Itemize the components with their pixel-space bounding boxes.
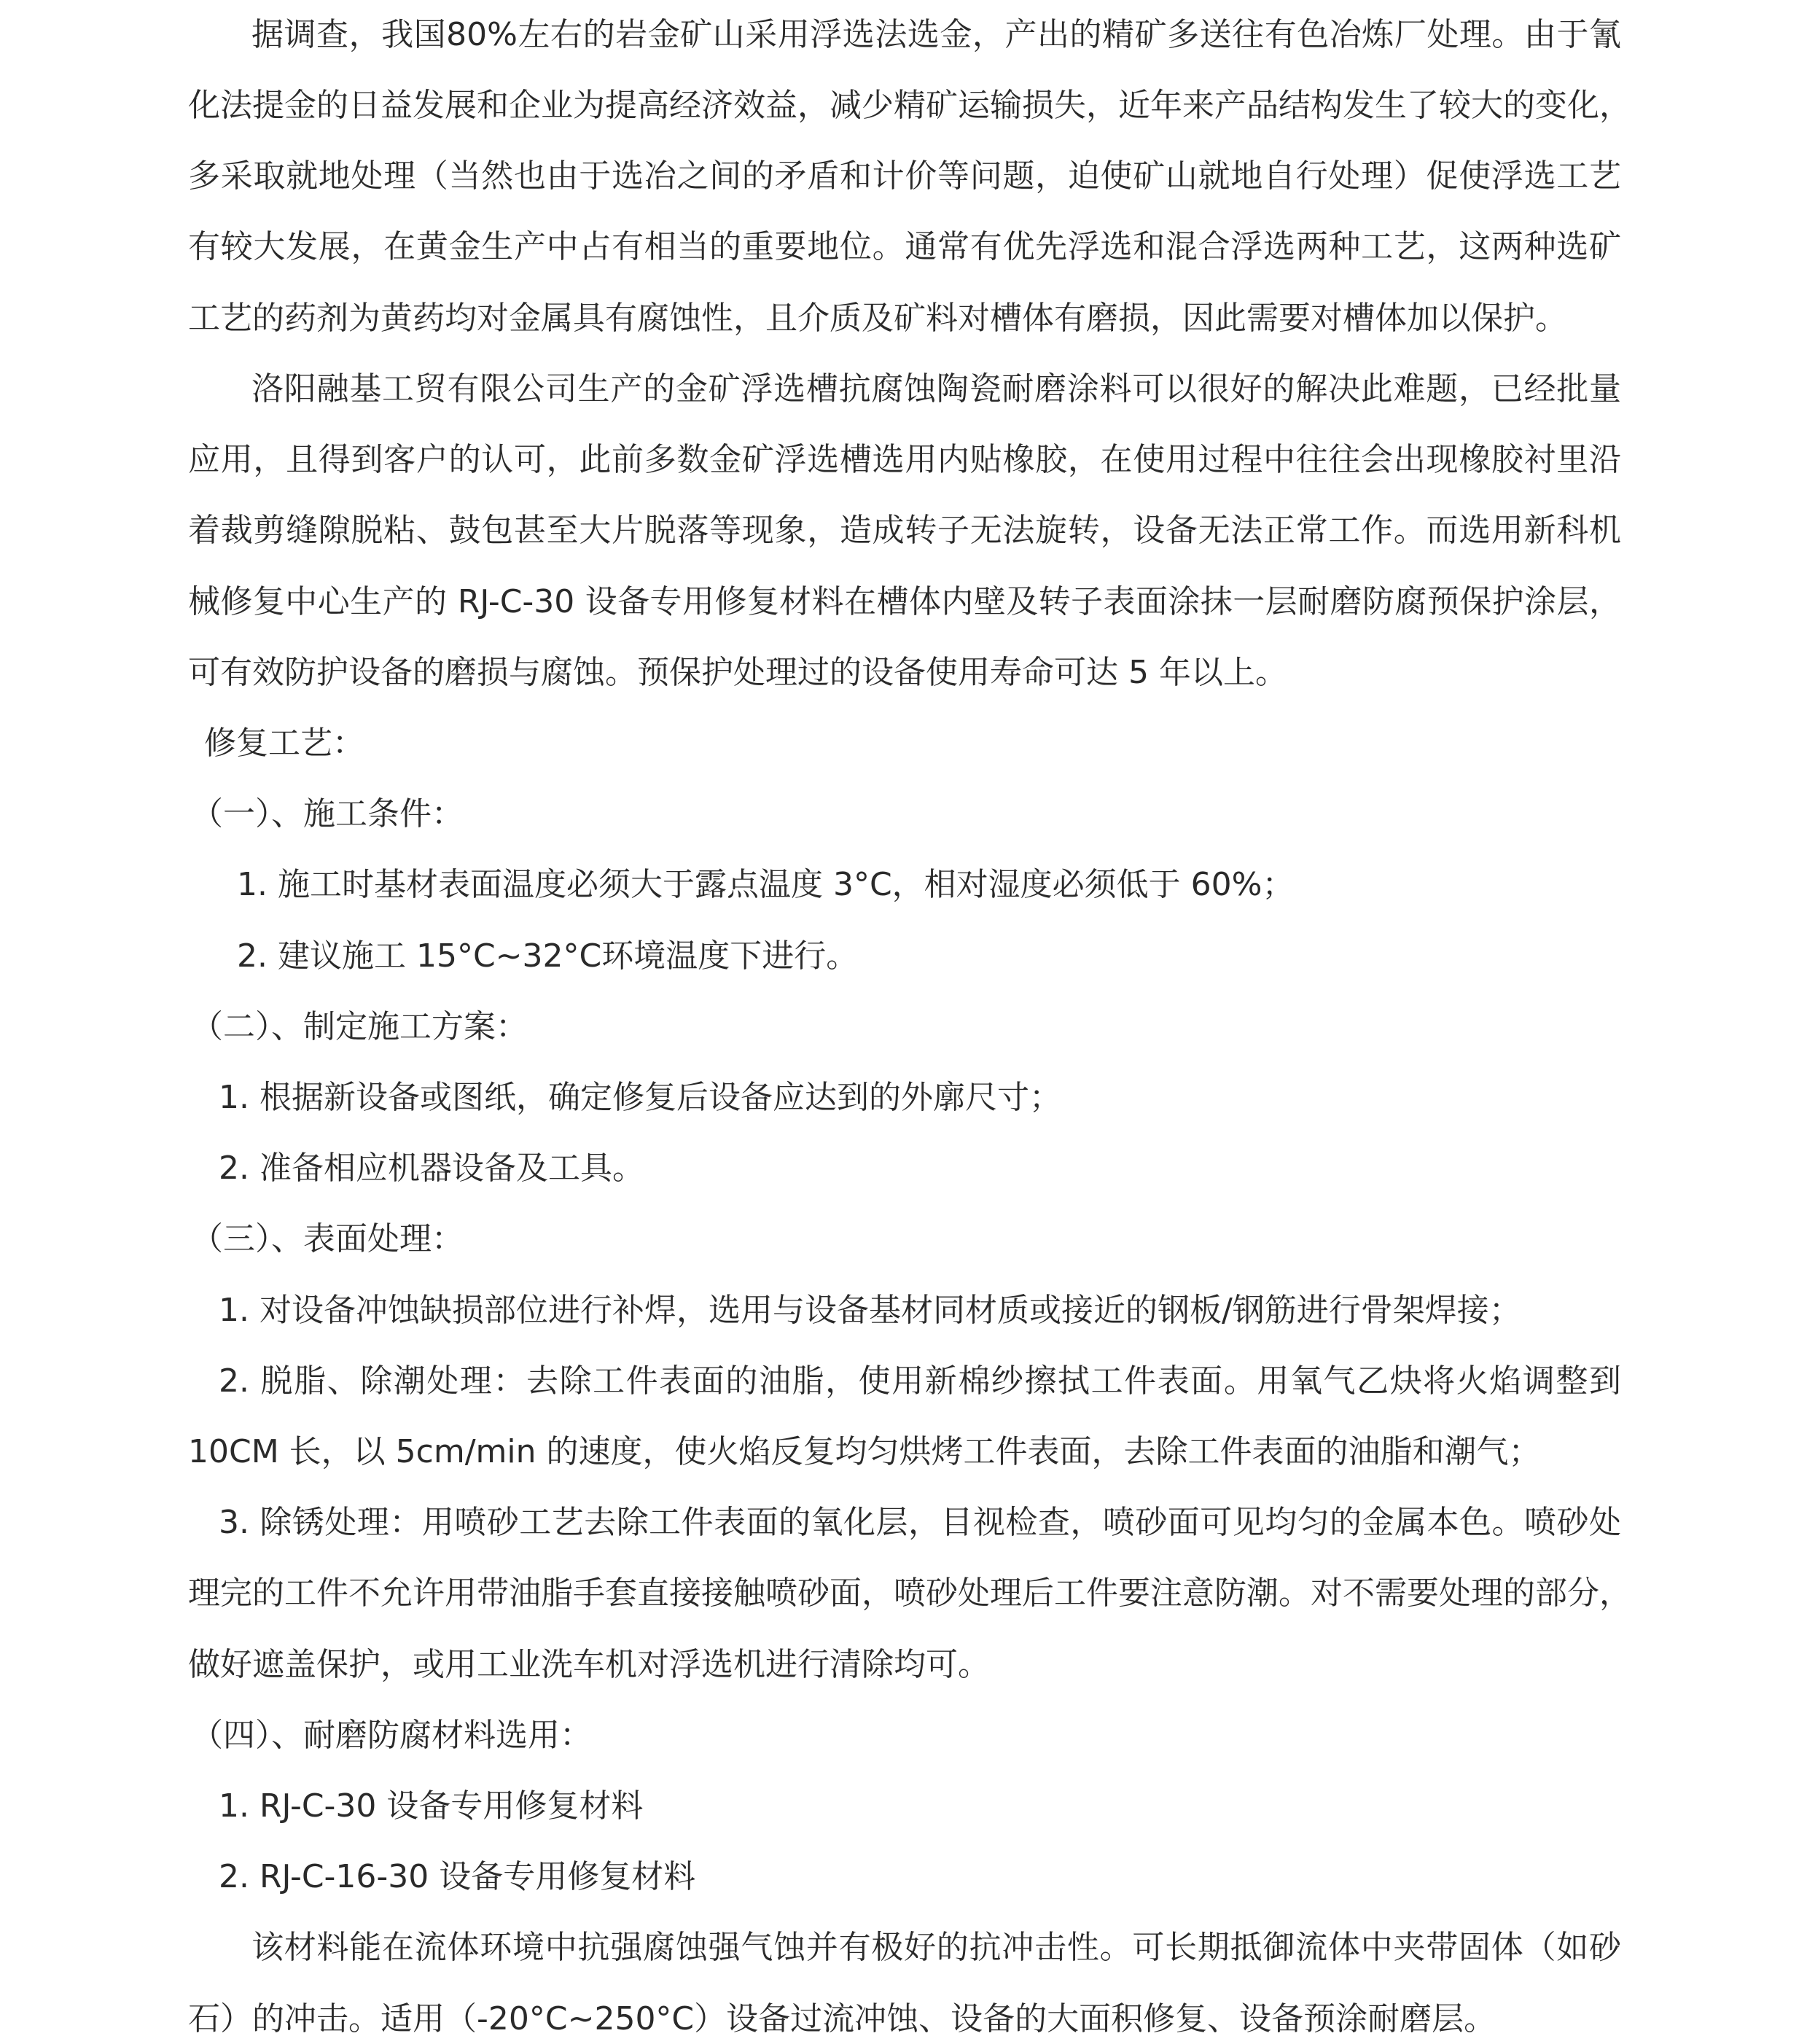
section-3-item-3-end: 做好遮盖保护，或用工业洗车机对浮选机进行清除均可。 (188, 1643, 990, 1687)
paragraph-1-line-5: 工艺的药剂为黄药均对金属具有腐蚀性，且介质及矿料对槽体有磨损，因此需要对槽体加以… (188, 297, 1567, 340)
paragraph-1-line-4: 有较大发展，在黄金生产中占有相当的重要地位。通常有优先浮选和混合浮选两种工艺，这… (188, 225, 1621, 269)
closing-paragraph-line-2: 石）的冲击。适用（-20°C~250°C）设备过流冲蚀、设备的大面积修复、设备预… (188, 1997, 1496, 2041)
section-2-item-2: 2. 准备相应机器设备及工具。 (219, 1147, 644, 1190)
section-4-title: （四）、耐磨防腐材料选用： (191, 1714, 592, 1758)
paragraph-1-line-2: 化法提金的日益发展和企业为提高经济效益，减少精矿运输损失，近年来产品结构发生了较… (188, 84, 1621, 128)
section-2-item-1: 1. 根据新设备或图纸，确定修复后设备应达到的外廓尺寸； (219, 1076, 1061, 1120)
paragraph-2-line-4: 械修复中心生产的 RJ-C-30 设备专用修复材料在槽体内壁及转子表面涂抹一层耐… (188, 580, 1621, 624)
paragraph-1-line-1: 据调查，我国80%左右的岩金矿山采用浮选法选金，产出的精矿多送往有色冶炼厂处理。… (251, 13, 1621, 57)
section-3-item-1: 1. 对设备冲蚀缺损部位进行补焊，选用与设备基材同材质或接近的钢板/钢筋进行骨架… (219, 1289, 1521, 1333)
section-1-title: （一）、施工条件： (191, 792, 464, 836)
paragraph-2-line-2: 应用，且得到客户的认可，此前多数金矿浮选槽选用内贴橡胶，在使用过程中往往会出现橡… (188, 438, 1621, 482)
section-3-item-2-cont: 10CM 长，以 5cm/min 的速度，使火焰反复均匀烘烤工件表面，去除工件表… (188, 1430, 1540, 1474)
paragraph-2-line-1: 洛阳融基工贸有限公司生产的金矿浮选槽抗腐蚀陶瓷耐磨涂料可以很好的解决此难题，已经… (251, 367, 1621, 411)
paragraph-2-line-3: 着裁剪缝隙脱粘、鼓包甚至大片脱落等现象，造成转子无法旋转，设备无法正常工作。而选… (188, 509, 1621, 553)
section-3-item-3: 3. 除锈处理：用喷砂工艺去除工件表面的氧化层，目视检查，喷砂面可见均匀的金属本… (219, 1501, 1621, 1545)
paragraph-1-line-3: 多采取就地处理（当然也由于选冶之间的矛盾和计价等问题，迫使矿山就地自行处理）促使… (188, 155, 1621, 198)
section-4-item-2: 2. RJ-C-16-30 设备专用修复材料 (219, 1855, 695, 1899)
section-heading: 修复工艺： (204, 722, 364, 765)
section-3-title: （三）、表面处理： (191, 1217, 464, 1261)
section-1-item-2: 2. 建议施工 15°C~32°C环境温度下进行。 (237, 935, 858, 978)
document-page: 据调查，我国80%左右的岩金矿山采用浮选法选金，产出的精矿多送往有色冶炼厂处理。… (0, 0, 1807, 2044)
section-3-item-2: 2. 脱脂、除潮处理：去除工件表面的油脂，使用新棉纱擦拭工件表面。用氧气乙炔将火… (219, 1360, 1621, 1403)
section-4-item-1: 1. RJ-C-30 设备专用修复材料 (219, 1784, 643, 1828)
section-2-title: （二）、制定施工方案： (191, 1005, 528, 1049)
closing-paragraph-line-1: 该材料能在流体环境中抗强腐蚀强气蚀并有极好的抗冲击性。可长期抵御流体中夹带固体（… (251, 1926, 1621, 1970)
paragraph-2-line-5: 可有效防护设备的磨损与腐蚀。预保护处理过的设备使用寿命可达 5 年以上。 (188, 651, 1287, 695)
section-1-item-1: 1. 施工时基材表面温度必须大于露点温度 3°C，相对湿度必须低于 60%； (237, 863, 1294, 907)
section-3-item-3-cont: 理完的工件不允许用带油脂手套直接接触喷砂面，喷砂处理后工件要注意防潮。对不需要处… (188, 1572, 1621, 1615)
